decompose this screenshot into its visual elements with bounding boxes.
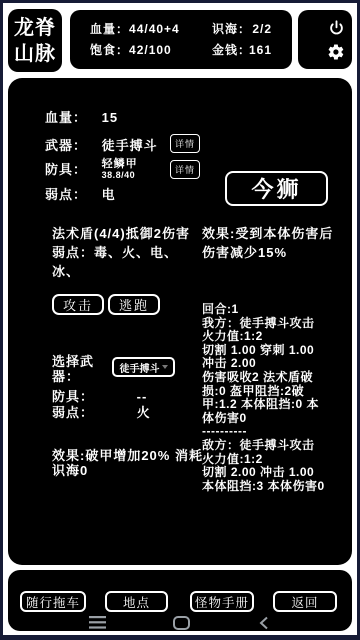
trailer-button[interactable]: 随行拖车 — [20, 591, 86, 612]
player-weakness-row: 弱点： 电 — [45, 184, 116, 203]
enemy-shield-line: 冰、 — [52, 262, 207, 281]
battle-log-line: 火力值:1:2 — [202, 330, 360, 344]
battle-log-line: 伤害吸收2 法术盾破 — [202, 371, 360, 385]
player-hp-value: 15 — [102, 110, 118, 125]
player-armor-label: 防具： — [45, 159, 97, 178]
battle-log-line: 甲:1.2 本体阻挡:0 本 — [202, 398, 360, 412]
system-buttons-panel — [298, 10, 352, 69]
battle-log-line: 本体阻挡:3 本体伤害0 — [202, 480, 360, 494]
enemy-shield-line: 法术盾(4/4)抵御2伤害 — [52, 224, 207, 243]
hp-label: 血量： — [90, 22, 129, 36]
battle-log-line: ---------- — [202, 425, 360, 439]
armor-details-button[interactable]: 详情 — [170, 160, 200, 179]
enemy-effect-line: 伤害减少15% — [202, 243, 357, 262]
mind-label: 识海： — [212, 19, 251, 40]
mind-value: 2/2 — [252, 19, 272, 40]
player-armor-info: 轻鳞甲 38.8/40 — [102, 159, 138, 180]
battle-panel: 血量： 15 武器： 徒手搏斗 详情 防具： 轻鳞甲 38.8/40 详情 弱点… — [8, 78, 352, 565]
monster-manual-button[interactable]: 怪物手册 — [190, 591, 254, 612]
selection-effect-info: 效果:破甲增加20% 消耗识海0 — [52, 448, 227, 478]
player-armor-name: 轻鳞甲 — [102, 159, 138, 170]
weapon-select[interactable]: 徒手搏斗 — [112, 357, 175, 377]
home-icon[interactable] — [173, 616, 190, 635]
battle-log-line: 冲击 2.00 — [202, 357, 360, 371]
app-title-line2: 山脉 — [8, 41, 62, 67]
player-weakness-label: 弱点： — [45, 184, 97, 203]
select-weakness-value: 火 — [137, 405, 151, 420]
return-button[interactable]: 返回 — [273, 591, 337, 612]
player-armor-durability: 38.8/40 — [102, 170, 138, 180]
selection-effect-line: 识海0 — [52, 463, 227, 478]
app-logo: 龙脊 山脉 — [8, 9, 62, 72]
select-weapon-label: 选择武器： — [52, 354, 114, 384]
footer-panel: 随行拖车 地点 怪物手册 返回 — [8, 570, 352, 631]
enemy-effect-line: 效果:受到本体伤害后 — [202, 224, 357, 243]
player-weakness-value: 电 — [102, 187, 116, 202]
enemy-shield-line: 弱点：毒、火、电、 — [52, 243, 207, 262]
stats-row-2: 饱食：42/100 金钱： 161 — [90, 40, 292, 61]
food-value: 42/100 — [129, 43, 172, 57]
player-armor-row: 防具： 轻鳞甲 38.8/40 — [45, 159, 138, 180]
player-hp-label: 血量： — [45, 107, 97, 126]
location-button[interactable]: 地点 — [105, 591, 168, 612]
game-screen: 龙脊 山脉 血量：44/40+4 识海： 2/2 饱食：42/100 金钱： 1… — [0, 0, 360, 640]
stats-panel: 血量：44/40+4 识海： 2/2 饱食：42/100 金钱： 161 — [70, 10, 292, 69]
flee-button[interactable]: 逃跑 — [108, 294, 160, 315]
hp-value: 44/40+4 — [129, 22, 180, 36]
select-weakness-label: 弱点： — [52, 402, 132, 421]
select-weapon-label-line: 选择武 — [52, 354, 114, 369]
chevron-down-icon — [162, 365, 168, 369]
selection-effect-line: 效果:破甲增加20% 消耗 — [52, 448, 227, 463]
stats-row-1: 血量：44/40+4 识海： 2/2 — [90, 19, 292, 40]
enemy-effect-info: 效果:受到本体伤害后伤害减少15% — [202, 224, 357, 262]
weapon-details-button[interactable]: 详情 — [170, 134, 200, 153]
select-weakness-row: 弱点： 火 — [52, 402, 151, 421]
food-label: 饱食： — [90, 43, 129, 57]
back-icon[interactable] — [259, 616, 269, 635]
enemy-shield-info: 法术盾(4/4)抵御2伤害弱点：毒、火、电、冰、 — [52, 224, 207, 281]
battle-log-line: 回合:1 — [202, 303, 360, 317]
gear-icon[interactable] — [327, 43, 345, 66]
player-hp-row: 血量： 15 — [45, 107, 118, 126]
enemy-name-button[interactable]: 今狮 — [225, 171, 328, 206]
menu-icon[interactable] — [89, 616, 106, 634]
weapon-select-value: 徒手搏斗 — [120, 360, 160, 375]
battle-log-line: 体伤害0 — [202, 412, 360, 426]
player-weapon-value: 徒手搏斗 — [102, 138, 158, 153]
app-title-line1: 龙脊 — [8, 15, 62, 41]
select-weapon-label-line: 器： — [52, 369, 114, 384]
money-value: 161 — [249, 40, 272, 61]
player-weapon-row: 武器： 徒手搏斗 — [45, 135, 158, 154]
money-label: 金钱： — [212, 40, 251, 61]
power-icon[interactable] — [328, 19, 345, 42]
attack-button[interactable]: 攻击 — [52, 294, 104, 315]
player-weapon-label: 武器： — [45, 135, 97, 154]
